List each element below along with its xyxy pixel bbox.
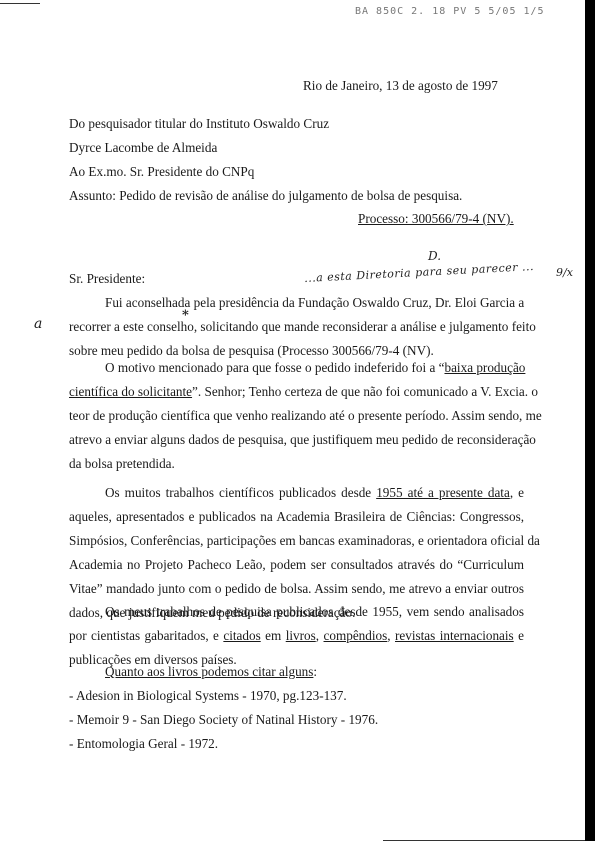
handwritten-annotation: ...a esta Diretoria para seu parecer ... <box>304 260 534 285</box>
handwritten-margin-mark: a <box>34 316 42 332</box>
underlined-word: citados <box>223 628 260 643</box>
from-line: Do pesquisador titular do Instituto Oswa… <box>69 116 329 131</box>
handwritten-initials-right: 9/x <box>556 266 573 279</box>
book-item: - Memoir 9 - San Diego Society of Natina… <box>69 712 378 727</box>
underlined-phrase: baixa produção <box>444 360 525 375</box>
scan-edge-bar <box>585 0 595 841</box>
paragraph-4-line-1-text: Os meus trabalhos de pesquisa publicados… <box>69 604 524 619</box>
paragraph-1-line-1: Fui aconselhada pela presidência da Fund… <box>69 295 524 310</box>
scan-edge-mark <box>0 3 40 4</box>
paragraph-3-line-3: Simpósios, Conferências, participações e… <box>69 533 524 548</box>
underlined-word: compêndios <box>324 628 388 643</box>
underlined-word: livros <box>286 628 316 643</box>
paragraph-1-line-2: recorrer a este conselho, solicitando qu… <box>69 319 524 334</box>
salutation: Sr. Presidente: <box>69 271 145 286</box>
archive-stamp: BA 850C 2. 18 PV 5 5/05 1/5 <box>355 6 545 17</box>
process-reference: Processo: 300566/79-4 (NV). <box>358 211 514 226</box>
author-name: Dyrce Lacombe de Almeida <box>69 140 217 155</box>
underlined-phrase: 1955 até a presente data <box>376 485 510 500</box>
place-date: Rio de Janeiro, 13 de agosto de 1997 <box>303 78 498 93</box>
paragraph-2-line-1: O motivo mencionado para que fosse o ped… <box>69 360 524 375</box>
paragraph-3-line-1: Os muitos trabalhos científicos publicad… <box>69 485 524 500</box>
handwritten-initials: D. <box>428 249 441 263</box>
paragraph-1-line-3: sobre meu pedido da bolsa de pesquisa (P… <box>69 343 434 358</box>
paragraph-4-line-2: por cientistas gabaritados, e citados em… <box>69 628 524 643</box>
paragraph-3-line-5: Vitae” mandado junto com o pedido de bol… <box>69 581 524 596</box>
subject-line: Assunto: Pedido de revisão de análise do… <box>69 188 462 203</box>
paragraph-2-line-4: atrevo a enviar alguns dados de pesquisa… <box>69 432 524 447</box>
underlined-phrase: revistas internacionais <box>395 628 514 643</box>
books-heading: Quanto aos livros podemos citar alguns: <box>105 664 317 679</box>
recipient-line: Ao Ex.mo. Sr. Presidente do CNPq <box>69 164 254 179</box>
paragraph-3-line-4: Academia no Projeto Pacheco Leão, podem … <box>69 557 524 572</box>
book-item: - Adesion in Biological Systems - 1970, … <box>69 688 347 703</box>
underlined-phrase: científica do solicitante <box>69 384 192 399</box>
paragraph-2-line-3: teor de produção científica que venho re… <box>69 408 524 423</box>
paragraph-2-line-5: da bolsa pretendida. <box>69 456 175 471</box>
book-item: - Entomologia Geral - 1972. <box>69 736 218 751</box>
paragraph-2-line-2: científica do solicitante”. Senhor; Tenh… <box>69 384 524 399</box>
document-page: BA 850C 2. 18 PV 5 5/05 1/5 Rio de Janei… <box>0 0 595 841</box>
paragraph-3-line-2: aqueles, apresentados e publicados na Ac… <box>69 509 524 524</box>
